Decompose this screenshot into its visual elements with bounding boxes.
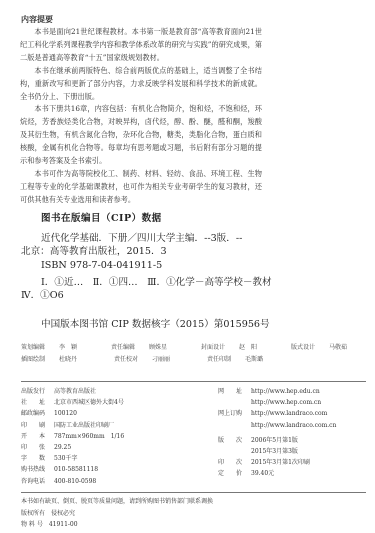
info-value: 2015年3月第3版 [251, 446, 298, 457]
info-value: 400-810-0598 [54, 476, 96, 487]
staff-row: 插图绘制杜晓丹 责任校对刁丽丽 责任印制毛斯璐 [21, 354, 366, 366]
staff-role: 责任印制 [207, 354, 245, 366]
order-link[interactable]: http://www.landraco.com.cn [251, 420, 336, 431]
info-key: 网上订购 [218, 408, 251, 419]
staff-name: 刁丽丽 [152, 354, 204, 366]
summary-body: 本书是面向21世纪课程教材。本书第一版是教育部“高等教育面向21世纪工科化学系列… [20, 26, 262, 207]
info-row: 版 次2006年5月第1版 [218, 435, 336, 446]
info-row: 邮政编码100120 [21, 408, 124, 419]
info-row: 出版发行高等教育出版社 [21, 386, 124, 397]
info-row: http://www.hep.com.cn [218, 397, 336, 408]
info-value: 787mm×960mm 1/16 [54, 431, 124, 442]
info-row: 网 址http://www.hep.edu.cn [218, 386, 336, 397]
website-link[interactable]: http://www.hep.com.cn [251, 397, 321, 408]
staff-item: 责任编辑顾姝星 [111, 342, 201, 354]
info-value: 010-58581118 [54, 464, 98, 475]
staff-row: 策划编辑李 颖 责任编辑顾姝星 封面设计赵 阳 版式设计马敬茹 [21, 342, 366, 354]
info-value: 国防工业出版社印刷厂 [54, 420, 114, 431]
info-key: 咨询电话 [21, 476, 54, 487]
info-key: 购书热线 [21, 464, 54, 475]
staff-credits: 策划编辑李 颖 责任编辑顾姝星 封面设计赵 阳 版式设计马敬茹 插图绘制杜晓丹 … [21, 342, 366, 366]
info-row: 网上订购http://www.landraco.com [218, 408, 336, 419]
staff-role: 责任编辑 [111, 342, 149, 354]
cip-classification: Ⅰ．①近… Ⅱ．①四… Ⅲ．①化学－高等学校－教材 Ⅳ．①O6 [21, 276, 272, 303]
info-row: 购书热线010-58581118 [21, 464, 124, 475]
info-row: 印 张29.25 [21, 442, 124, 453]
info-key: 印 次 [218, 457, 251, 468]
info-key: 开 本 [21, 431, 54, 442]
info-key: 印 张 [21, 442, 54, 453]
website-link[interactable]: http://www.hep.edu.cn [251, 386, 320, 397]
cip-title-line: 近代化学基础．下册／四川大学主编．--3版．-- [21, 232, 281, 245]
staff-name: 赵 阳 [239, 342, 291, 354]
summary-title: 内容提要 [21, 14, 53, 25]
info-value: 29.25 [54, 442, 71, 453]
info-key: 社 址 [21, 397, 54, 408]
staff-role: 责任校对 [114, 354, 152, 366]
staff-name: 杜晓丹 [59, 354, 111, 366]
info-value: 高等教育出版社 [54, 386, 96, 397]
staff-role: 封面设计 [201, 342, 239, 354]
info-key: 网 址 [218, 386, 251, 397]
info-key: 印 刷 [21, 420, 54, 431]
staff-name: 李 颖 [59, 342, 111, 354]
staff-name: 顾姝星 [149, 342, 201, 354]
staff-name: 马敬茹 [329, 342, 375, 354]
summary-paragraph: 本书可作为高等院校化工、制药、材料、轻纺、食品、环境工程、生物工程等专业的化学基… [20, 168, 262, 207]
order-link[interactable]: http://www.landraco.com [251, 408, 327, 419]
divider [21, 381, 366, 382]
staff-item: 插图绘制杜晓丹 [21, 354, 114, 366]
info-row: 开 本787mm×960mm 1/16 [21, 431, 124, 442]
publication-info-right: 网 址http://www.hep.edu.cn http://www.hep.… [218, 386, 336, 480]
cip-publisher-line: 北京：高等教育出版社，2015．3 [21, 245, 281, 258]
info-row: 定 价39.40元 [218, 468, 336, 479]
info-row: 社 址北京市西城区德外大街4号 [21, 397, 124, 408]
info-key: 定 价 [218, 468, 251, 479]
info-row: 印 刷国防工业出版社印刷厂 [21, 420, 124, 431]
staff-item: 版式设计马敬茹 [291, 342, 375, 354]
cip-isbn: ISBN 978-7-04-041911-5 [21, 259, 281, 272]
staff-item: 责任校对刁丽丽 [114, 354, 207, 366]
divider [21, 492, 366, 493]
cip-class-line2: Ⅳ．①O6 [21, 289, 272, 302]
staff-item: 封面设计赵 阳 [201, 342, 291, 354]
copyright-notice: 版权所有 侵权必究 [21, 508, 213, 520]
info-value: 100120 [54, 408, 77, 419]
info-row: 2015年3月第3版 [218, 446, 336, 457]
footer-notes: 本书如有缺页、倒页、脱页等质量问题，请到所购图书销售部门联系调换 版权所有 侵权… [21, 496, 213, 531]
info-key: 出版发行 [21, 386, 54, 397]
summary-paragraph: 本书是面向21世纪课程教材。本书第一版是教育部“高等教育面向21世纪工科化学系列… [20, 26, 262, 65]
info-value: 2006年5月第1版 [251, 435, 298, 446]
info-key: 版 次 [218, 435, 251, 446]
staff-item: 策划编辑李 颖 [21, 342, 111, 354]
info-value: 530千字 [54, 453, 77, 464]
summary-paragraph: 本书下册共16章，内容包括：有机化合物简介，饱和烃，不饱和烃，环烷烃，芳香族烃类… [20, 103, 262, 168]
staff-item: 责任印制毛斯璐 [207, 354, 300, 366]
staff-role: 版式设计 [291, 342, 329, 354]
staff-role: 策划编辑 [21, 342, 59, 354]
cip-class-line1: Ⅰ．①近… Ⅱ．①四… Ⅲ．①化学－高等学校－教材 [21, 276, 272, 289]
cip-title: 图书在版编目（CIP）数据 [41, 210, 162, 224]
info-row: 咨询电话400-810-0598 [21, 476, 124, 487]
cip-record: 近代化学基础．下册／四川大学主编．--3版．-- 北京：高等教育出版社，2015… [21, 232, 281, 272]
info-value: 北京市西城区德外大街4号 [54, 397, 124, 408]
info-row: 印 次2015年3月第1次印刷 [218, 457, 336, 468]
info-value: 39.40元 [251, 468, 274, 479]
info-row: 字 数530千字 [21, 453, 124, 464]
cip-record-number: 中国版本图书馆 CIP 数据核字（2015）第015956号 [41, 316, 270, 330]
info-key [218, 446, 251, 457]
staff-name: 毛斯璐 [245, 354, 297, 366]
publication-info-left: 出版发行高等教育出版社 社 址北京市西城区德外大街4号 邮政编码100120 印… [21, 386, 124, 487]
info-key [218, 420, 251, 431]
info-key [218, 397, 251, 408]
quality-notice: 本书如有缺页、倒页、脱页等质量问题，请到所购图书销售部门联系调换 [21, 496, 213, 508]
info-key: 邮政编码 [21, 408, 54, 419]
summary-paragraph: 本书在继承前两版特色、综合前两版优点的基础上，适当调整了全书结构，重新改写和更新… [20, 65, 262, 104]
info-key: 字 数 [21, 453, 54, 464]
item-number: 物 料 号 41911-00 [21, 519, 213, 531]
info-value: 2015年3月第1次印刷 [251, 457, 310, 468]
info-row: http://www.landraco.com.cn [218, 420, 336, 431]
copyright-page: 内容提要 本书是面向21世纪课程教材。本书第一版是教育部“高等教育面向21世纪工… [0, 0, 375, 533]
staff-role: 插图绘制 [21, 354, 59, 366]
